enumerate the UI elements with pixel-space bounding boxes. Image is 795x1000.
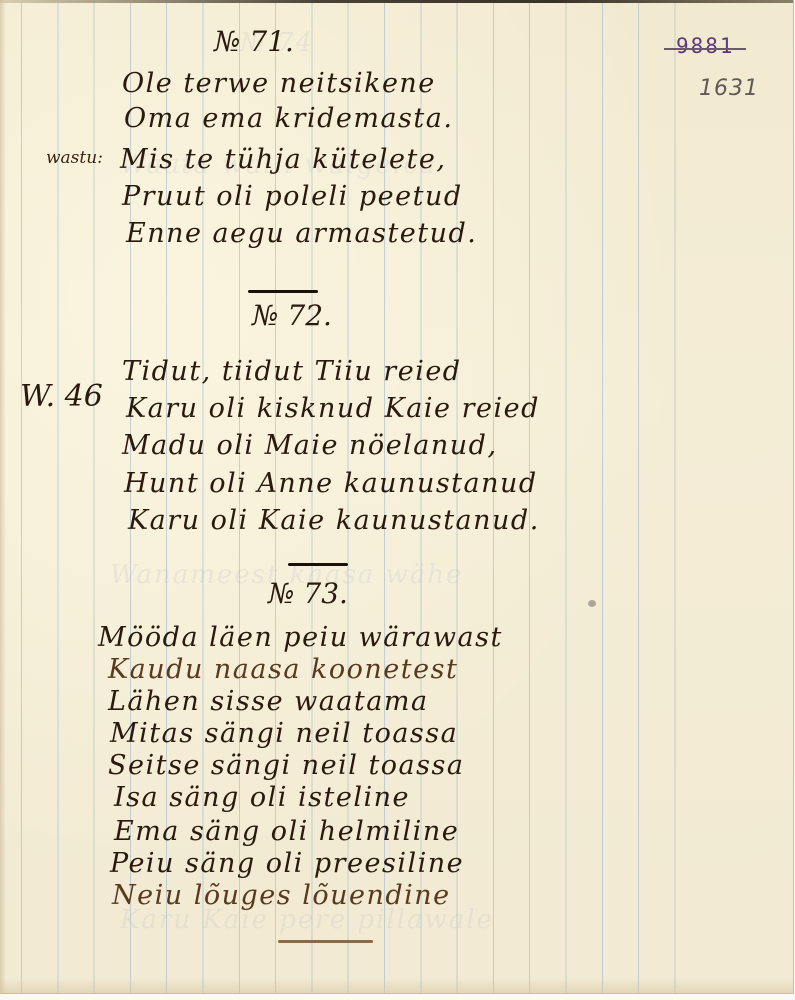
song-72-line-4: Hunt oli Anne kaunustanud	[124, 470, 538, 497]
song-73-line-8: Peiu säng oli preesiline	[110, 850, 464, 877]
song-73-line-6: Isa säng oli isteline	[114, 784, 410, 811]
archive-stamp: 9881	[676, 34, 735, 58]
song-72-margin-note: W. 46	[20, 382, 103, 412]
pencil-page-number: 1631	[699, 76, 759, 101]
song-71-number: № 71.	[214, 28, 294, 56]
section-divider	[278, 940, 373, 943]
page-bottom-edge	[0, 978, 793, 993]
song-71-response-3: Enne aegu armastetud.	[126, 220, 477, 247]
page-left-edge	[0, 0, 6, 993]
manuscript-page: № 74 Waata walli walgeica Wanameest kaas…	[0, 0, 794, 994]
song-73-line-9: Neiu lõuges lõuendine	[112, 882, 451, 909]
song-73-line-7: Ema säng oli helmiline	[114, 818, 459, 845]
page-top-edge	[0, 0, 793, 3]
song-71-line-1: Ole terwe neitsikene	[122, 70, 436, 97]
ink-spot	[588, 600, 596, 607]
song-72-line-1: Tidut, tiidut Tiiu reied	[122, 358, 462, 385]
stamp-strikethrough	[664, 48, 746, 50]
song-73-line-1: Mööda läen peiu wärawast	[98, 624, 503, 651]
song-73-line-2: Kaudu naasa koonetest	[108, 656, 458, 683]
song-71-response-1: Mis te tühja kütelete,	[120, 146, 446, 173]
song-72-line-2: Karu oli kisknud Kaie reied	[126, 395, 540, 422]
song-72-line-3: Madu oli Maie nöelanud,	[122, 432, 498, 459]
song-73-line-3: Lähen sisse waatama	[108, 688, 429, 715]
song-73-line-4: Mitas sängi neil toassa	[110, 720, 458, 747]
song-71-response-2: Pruut oli poleli peetud	[122, 183, 463, 210]
song-73-number: № 73.	[268, 580, 348, 608]
song-72-line-5: Karu oli Kaie kaunustanud.	[128, 507, 540, 534]
song-72-number: № 72.	[252, 302, 332, 330]
song-73-line-5: Seitse sängi neil toassa	[108, 752, 464, 779]
section-divider	[248, 290, 318, 293]
section-divider	[288, 563, 348, 566]
song-71-line-2: Oma ema kridemasta.	[124, 105, 453, 132]
song-71-margin-note: wastu:	[46, 150, 103, 167]
